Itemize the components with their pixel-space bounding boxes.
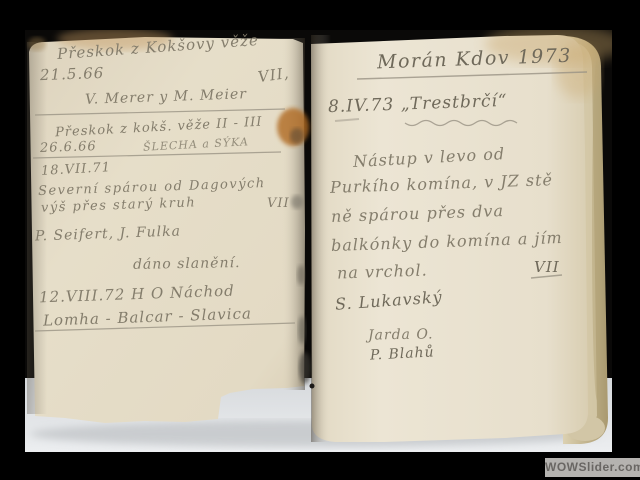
slider-frame: Přeskok z Kokšovy věže 21.5.66 VII, V. M… bbox=[0, 0, 640, 480]
signature-line: P. Blahů bbox=[370, 345, 435, 362]
signature-line: Jarda O. bbox=[368, 327, 434, 342]
handwriting-line: VII, bbox=[257, 66, 290, 85]
handwriting-line: 21.5.66 bbox=[40, 66, 105, 83]
handwriting-line: na vrchol. bbox=[337, 262, 428, 281]
handwriting-line: dáno slanění. bbox=[133, 256, 241, 272]
handwriting-line: VII bbox=[534, 260, 560, 275]
handwriting-line: 18.VII.71 bbox=[41, 161, 112, 178]
notebook-photo: Přeskok z Kokšovy věže 21.5.66 VII, V. M… bbox=[25, 30, 612, 452]
wowslider-watermark[interactable]: WOWSlider.com bbox=[545, 458, 640, 477]
handwriting-line: 26.6.66 bbox=[40, 140, 97, 155]
handwriting-line: VII bbox=[267, 197, 290, 210]
